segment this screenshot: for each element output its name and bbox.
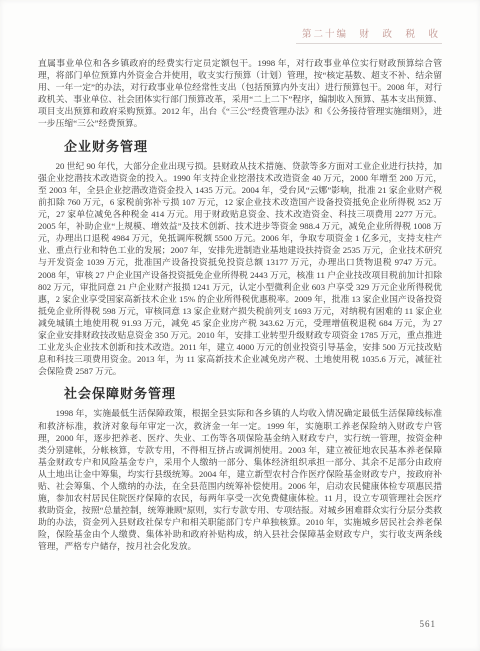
page-header: 第二十编 财 政 税 收 <box>38 24 442 44</box>
section-heading-enterprise-finance: 企业财务管理 <box>38 141 442 153</box>
paragraph-budget-management: 直属事业单位和各乡镇政府的经费实行定员定额包干。1998 年，对行政事业单位实行… <box>38 57 442 130</box>
paragraph-enterprise-finance: 20 世纪 90 年代，大部分企业出现亏损。县财政从技术措施、贷款等多方面对工业… <box>38 160 442 378</box>
section-heading-social-security-finance: 社会保障财务管理 <box>38 388 442 400</box>
chapter-title: 第二十编 财 政 税 收 <box>296 26 442 44</box>
document-page: 第二十编 财 政 税 收 直属事业单位和各乡镇政府的经费实行定员定额包干。199… <box>0 0 480 651</box>
paragraph-social-security-finance: 1998 年，实施最低生活保障政策，根据全县实际和各乡镇的人均收入情况确定最低生… <box>38 407 442 552</box>
page-body: 直属事业单位和各乡镇政府的经费实行定员定额包干。1998 年，对行政事业单位实行… <box>38 57 442 553</box>
page-number: 561 <box>420 619 437 629</box>
